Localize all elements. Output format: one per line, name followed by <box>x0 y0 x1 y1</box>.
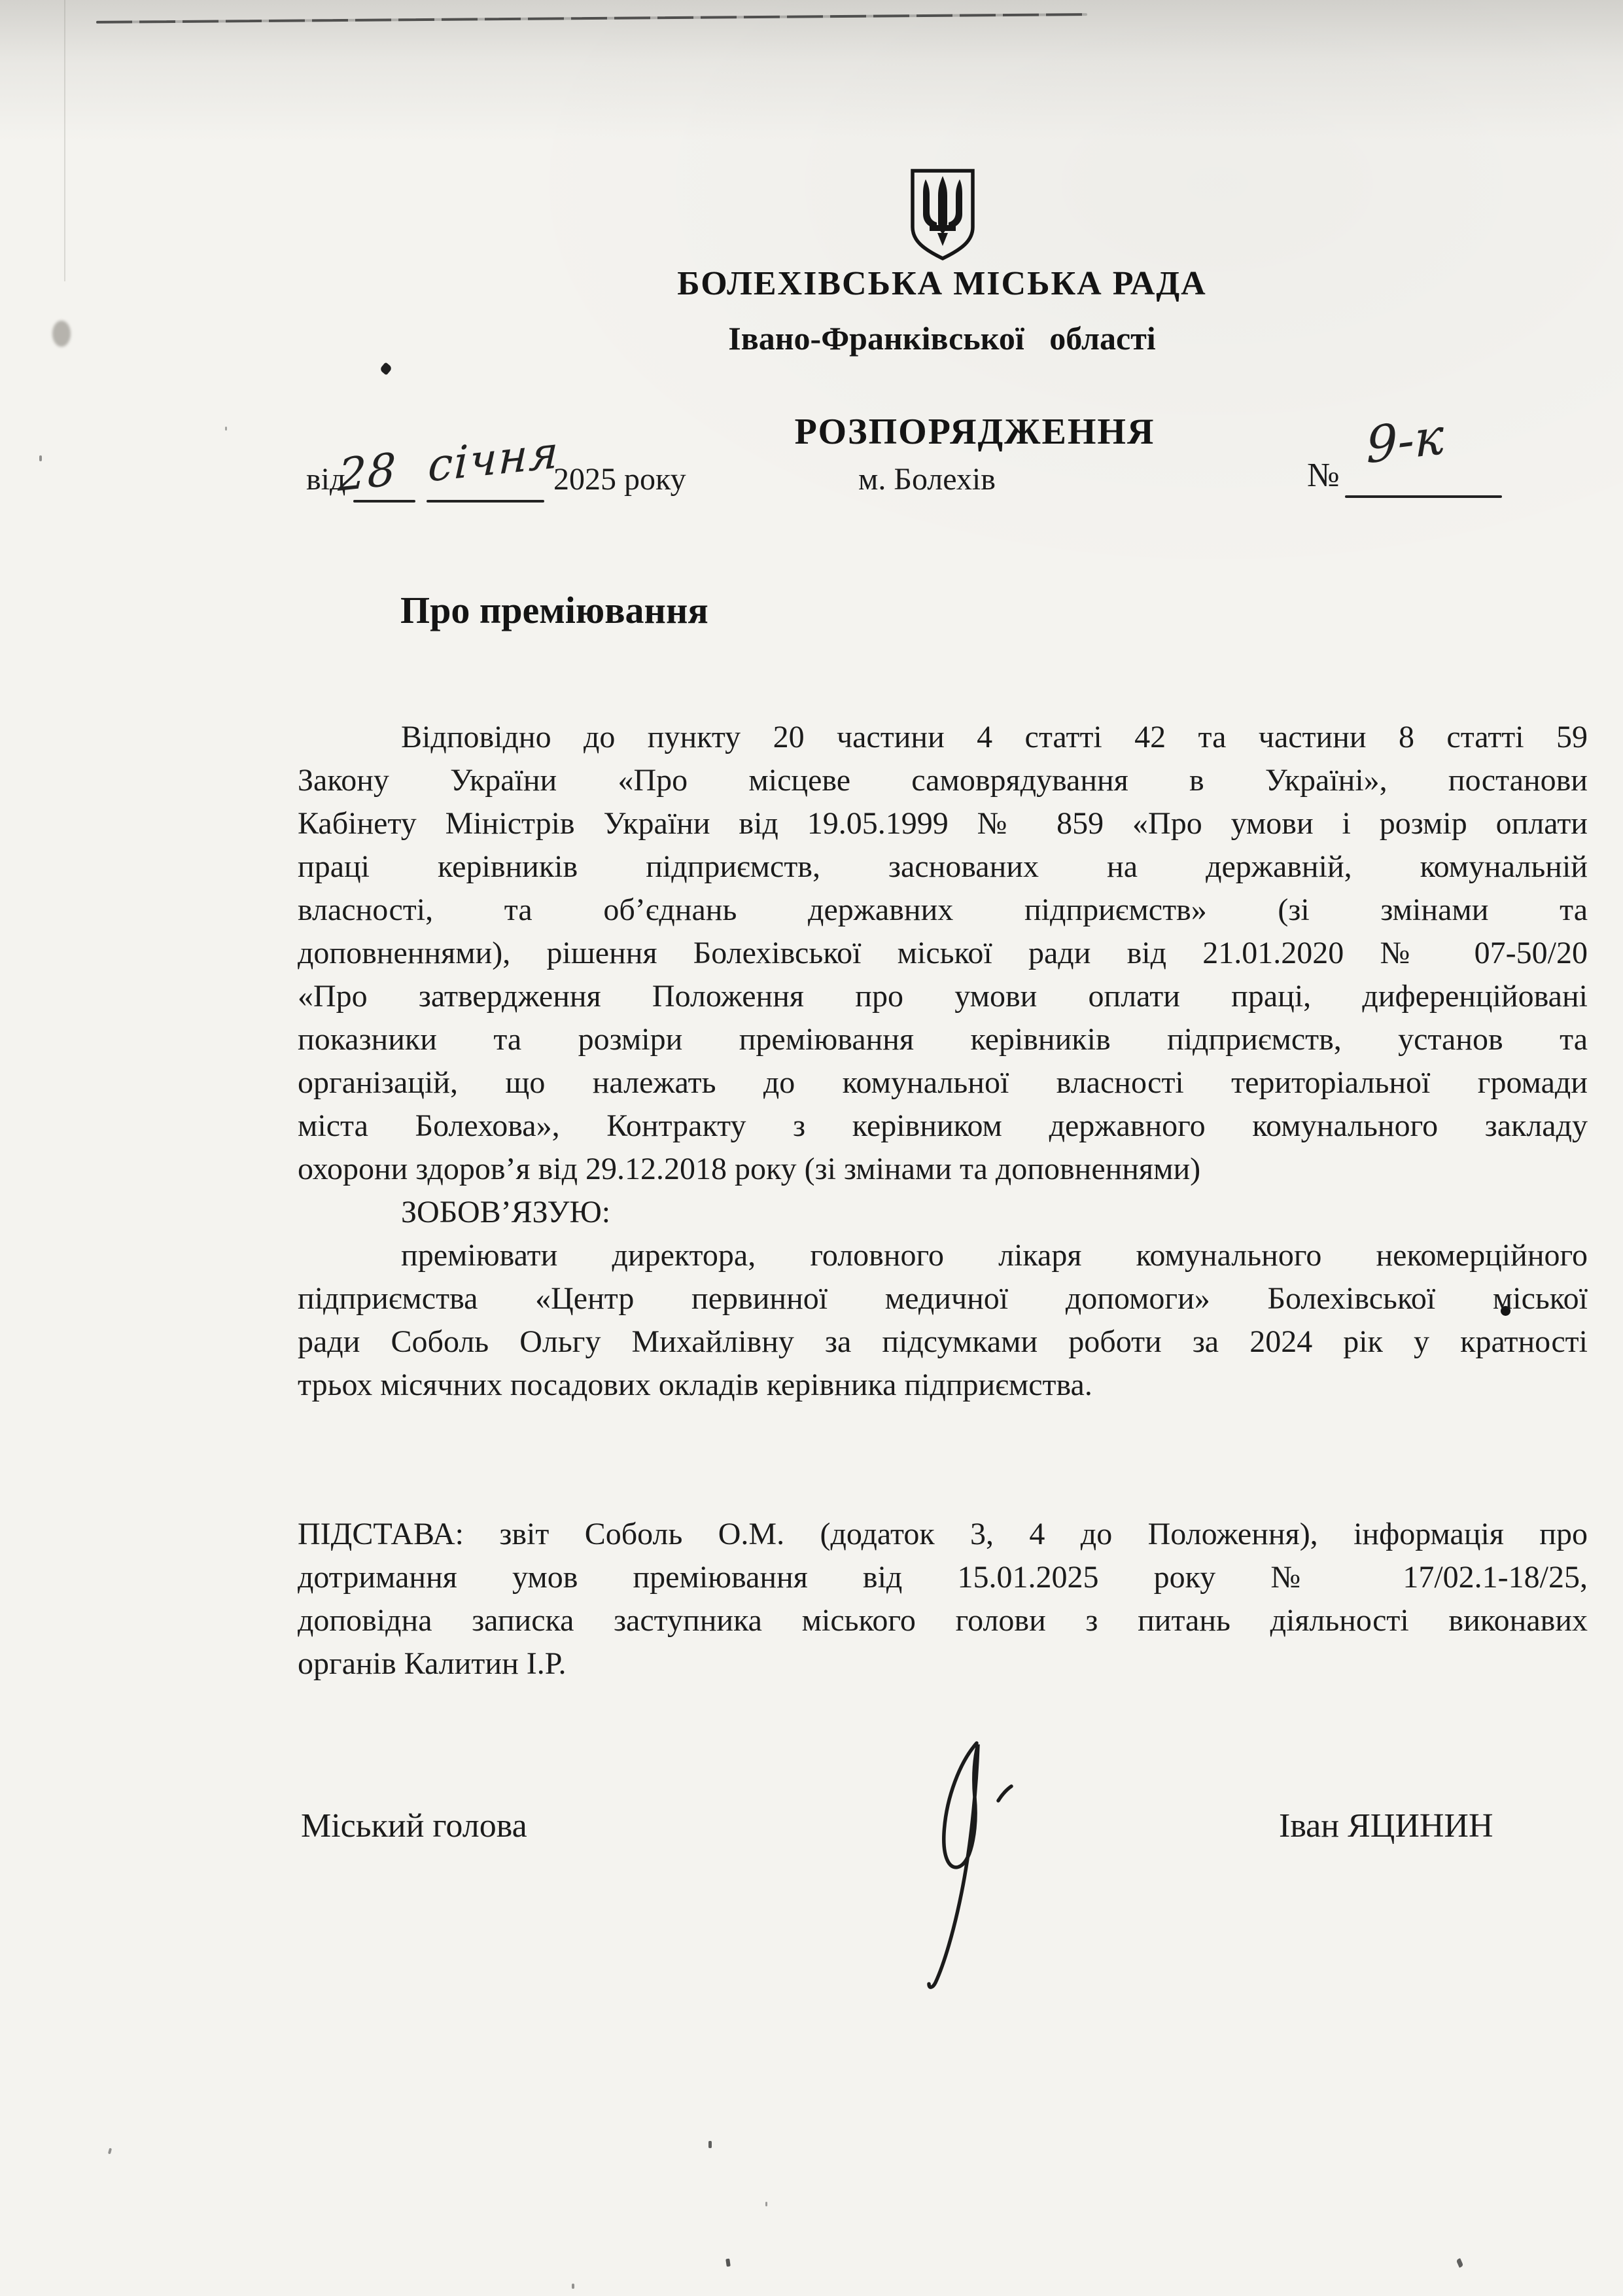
dust-speck <box>708 2141 712 2148</box>
body-line: Відповідно до пункту 20 частини 4 статті… <box>298 716 1588 759</box>
date-underline <box>427 500 544 503</box>
dust-speck <box>1456 2258 1464 2268</box>
basis-paragraph: ПІДСТАВА: звіт Соболь О.М. (додаток 3, 4… <box>298 1513 1588 1686</box>
body-paragraph-2: преміювати директора, головного лікаря к… <box>298 1234 1588 1407</box>
dust-speck <box>765 2202 767 2206</box>
body-line: доповненнями), рішення Болехівської місь… <box>298 932 1588 975</box>
dust-speck <box>725 2259 731 2267</box>
date-year: 2025 року <box>553 458 686 501</box>
body-line: підприємства «Центр первинної медичної д… <box>298 1277 1588 1320</box>
smudge-artifact <box>52 321 71 347</box>
number-label: № <box>1307 454 1340 497</box>
body-line: преміювати директора, головного лікаря к… <box>298 1234 1588 1277</box>
subject-title: Про преміювання <box>400 589 708 632</box>
body-line: Закону України «Про місцеве самоврядуван… <box>298 759 1588 802</box>
body-line: охорони здоров’я від 29.12.2018 року (зі… <box>298 1148 1588 1191</box>
ink-speck <box>379 362 393 375</box>
body-line: міста Болехова», Контракту з керівником … <box>298 1104 1588 1148</box>
scanner-shadow <box>0 0 1623 150</box>
scanned-document-page: БОЛЕХІВСЬКА МІСЬКА РАДА Івано-Франківськ… <box>0 0 1623 2296</box>
dust-speck <box>225 427 227 431</box>
body-line: ПІДСТАВА: звіт Соболь О.М. (додаток 3, 4… <box>298 1513 1588 1556</box>
body-paragraph-1: Відповідно до пункту 20 частини 4 статті… <box>298 716 1588 1234</box>
handwritten-signature-icon <box>915 1735 1036 1997</box>
oblige-line: ЗОБОВ’ЯЗУЮ: <box>298 1191 1588 1234</box>
org-name: БОЛЕХІВСЬКА МІСЬКА РАДА <box>298 264 1586 304</box>
body-line: трьох місячних посадових окладів керівни… <box>298 1364 1588 1407</box>
dust-speck <box>108 2148 112 2155</box>
body-line: органів Калитин І.Р. <box>298 1642 1588 1686</box>
handwritten-number: 9-к <box>1366 412 1444 471</box>
place-label: м. Болехів <box>858 458 996 501</box>
signer-name: Іван ЯЦИНИН <box>1279 1805 1493 1848</box>
date-underline <box>353 500 415 503</box>
body-line: дотримання умов преміювання від 15.01.20… <box>298 1556 1588 1599</box>
dust-speck <box>39 455 42 461</box>
org-region: Івано-Франківської області <box>298 319 1586 357</box>
signer-position: Міський голова <box>301 1805 527 1848</box>
number-underline <box>1345 495 1502 498</box>
body-line: Кабінету Міністрів України від 19.05.199… <box>298 802 1588 845</box>
dust-speck <box>572 2284 574 2289</box>
body-line: ради Соболь Ольгу Михайлівну за підсумка… <box>298 1320 1588 1364</box>
body-line: доповідна записка заступника міського го… <box>298 1599 1588 1642</box>
body-line: показники та розміри преміювання керівни… <box>298 1018 1588 1061</box>
body-line: праці керівників підприємств, заснованих… <box>298 845 1588 889</box>
paper-edge-artifact <box>64 0 65 281</box>
body-line: організацій, що належать до комунальної … <box>298 1061 1588 1104</box>
body-line: власності, та об’єднань державних підпри… <box>298 889 1588 932</box>
trident-emblem-icon <box>907 166 979 263</box>
body-line: «Про затвердження Положення про умови оп… <box>298 975 1588 1018</box>
